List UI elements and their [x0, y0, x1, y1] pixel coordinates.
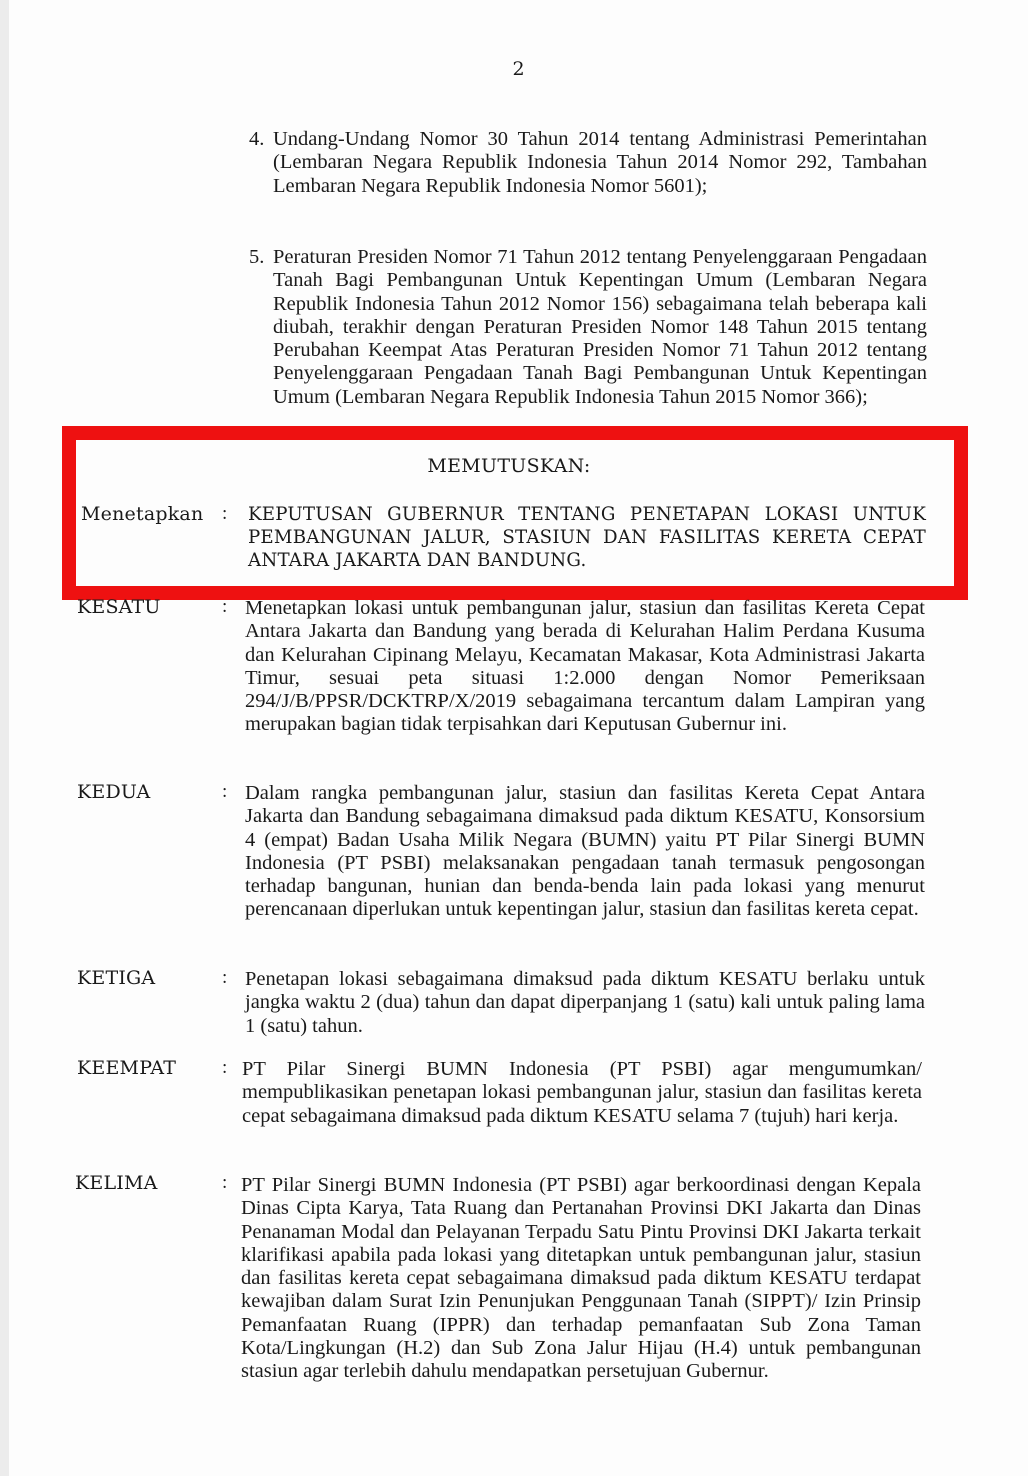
- page-number: 2: [9, 58, 1028, 80]
- dictum-colon: :: [222, 1057, 227, 1079]
- dictum-label: KEEMPAT: [77, 1057, 176, 1079]
- document-page: 2 4. Undang-Undang Nomor 30 Tahun 2014 t…: [9, 0, 1028, 1476]
- menetapkan-colon: :: [222, 503, 227, 525]
- dictum-text: Penetapan lokasi sebagaimana dimaksud pa…: [245, 968, 925, 1038]
- dictum-text: Dalam rangka pembangunan jalur, stasiun …: [245, 782, 925, 922]
- consideration-number: 4.: [249, 128, 264, 151]
- dictum-text: PT Pilar Sinergi BUMN Indonesia (PT PSBI…: [241, 1174, 921, 1384]
- decree-title: KEPUTUSAN GUBERNUR TENTANG PENETAPAN LOK…: [248, 503, 926, 572]
- dictum-label: KELIMA: [75, 1172, 158, 1194]
- consideration-number: 5.: [249, 246, 264, 269]
- consideration-item: 5. Peraturan Presiden Nomor 71 Tahun 201…: [249, 246, 927, 409]
- dictum-label: KESATU: [77, 596, 161, 618]
- dictum-label: KEDUA: [77, 781, 150, 803]
- consideration-text: Undang-Undang Nomor 30 Tahun 2014 tentan…: [273, 128, 927, 198]
- menetapkan-label: Menetapkan: [81, 503, 203, 525]
- dictum-colon: :: [222, 596, 227, 618]
- dictum-label: KETIGA: [77, 967, 155, 989]
- consideration-item: 4. Undang-Undang Nomor 30 Tahun 2014 ten…: [249, 128, 927, 198]
- consideration-text: Peraturan Presiden Nomor 71 Tahun 2012 t…: [273, 246, 927, 409]
- dictum-colon: :: [222, 967, 227, 989]
- dictum-text: PT Pilar Sinergi BUMN Indonesia (PT PSBI…: [242, 1058, 922, 1128]
- dictum-colon: :: [222, 781, 227, 803]
- dictum-colon: :: [222, 1172, 227, 1194]
- dictum-text: Menetapkan lokasi untuk pembangunan jalu…: [245, 597, 925, 737]
- decision-heading: MEMUTUSKAN:: [9, 455, 1009, 477]
